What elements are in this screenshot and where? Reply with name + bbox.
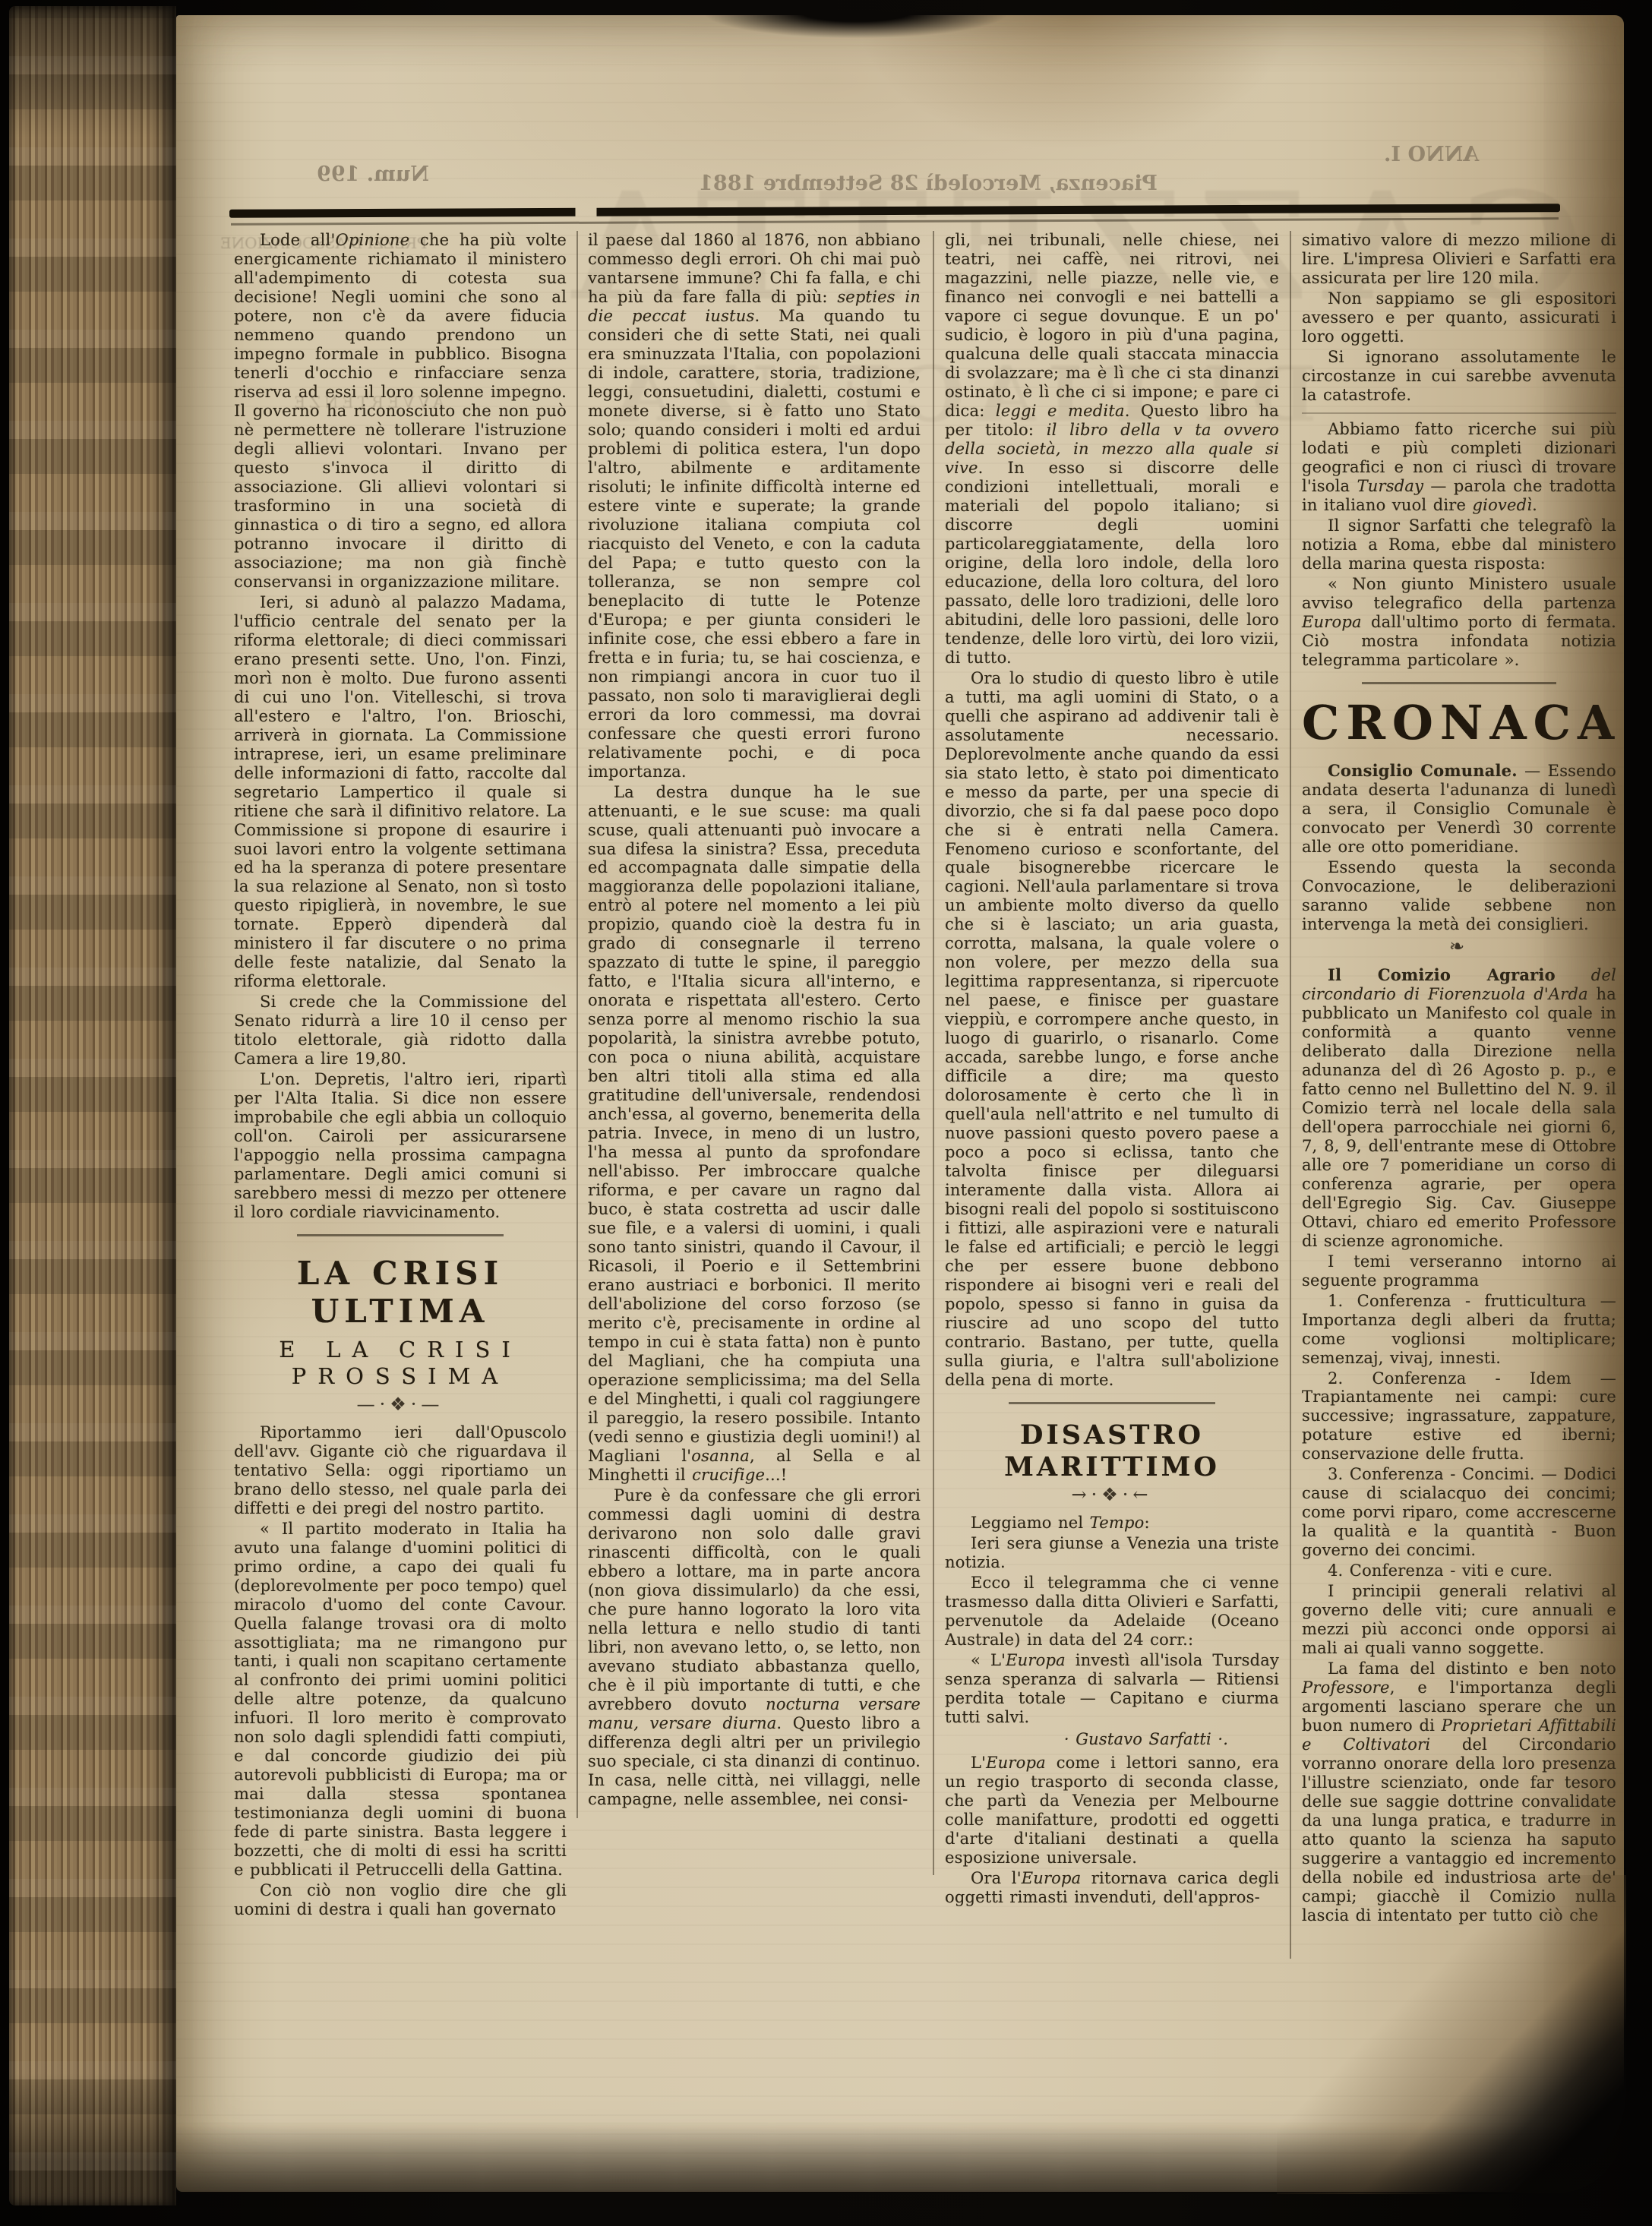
article-paragraph: Pure è da confessare che gli errori comm… (588, 1486, 921, 1809)
article-paragraph: il paese dal 1860 al 1876, non abbiano c… (588, 231, 921, 781)
article-title: LA CRISI ULTIMA (234, 1255, 567, 1331)
faint-divider-rule (1302, 412, 1616, 414)
section-heading: CRONACA (1302, 695, 1616, 751)
text-column-2: il paese dal 1860 al 1876, non abbiano c… (588, 231, 921, 1811)
article-paragraph: Si ignorano assolutamente le circostanze… (1302, 348, 1616, 405)
article-paragraph: La destra dunque ha le sue attenuanti, e… (588, 783, 921, 1485)
article-paragraph: Ieri, si adunò al palazzo Madama, l'uffi… (234, 593, 567, 992)
article-paragraph: Leggiamo nel Tempo: (945, 1514, 1279, 1533)
page-bottom-shadow (176, 2125, 1624, 2193)
news-item: I temi verseranno intorno ai seguente pr… (1302, 1252, 1616, 1290)
section-divider-rule (1362, 682, 1557, 684)
top-edge-tear (693, 12, 1019, 46)
article-paragraph: simativo valore di mezzo milione di lire… (1302, 231, 1616, 288)
article-paragraph: Il signor Sarfatti che telegrafò la noti… (1302, 516, 1616, 573)
column-divider-rule (576, 231, 578, 1818)
article-paragraph: Ecco il telegramma che ci venne trasmess… (945, 1574, 1279, 1650)
scanned-newspaper-page: Num. 199 Piacenza, Mercoledì 28 Settembr… (0, 0, 1652, 2226)
newspaper-page: Num. 199 Piacenza, Mercoledì 28 Settembr… (176, 15, 1624, 2192)
header-rule-thick (229, 204, 1560, 218)
telegram-signature: · Gustavo Sarfatti ·. (945, 1730, 1279, 1749)
showthrough-year-label: ANNO I. (1384, 143, 1479, 166)
text-column-3: gli, nei tribunali, nelle chiese, nei te… (945, 231, 1279, 1909)
ornament-divider: ❧ (1302, 936, 1616, 958)
telegram-text: « Non giunto Ministero usuale avviso tel… (1302, 575, 1616, 670)
ornament-divider: —·❖·— (234, 1394, 567, 1416)
article-paragraph: Lode all'Opinione che ha più volte energ… (234, 231, 567, 592)
column-divider-rule (933, 231, 934, 1875)
article-title: DISASTRO MARITTIMO (945, 1419, 1279, 1482)
telegram-text: « L'Europa investì all'isola Tursday sen… (945, 1651, 1279, 1727)
article-paragraph: Riportammo ieri dall'Opuscolo dell'avv. … (234, 1423, 567, 1518)
program-item: 3. Conferenza - Concimi. — Dodici cause … (1302, 1465, 1616, 1560)
article-paragraph: Non sappiamo se gli espositori avessero … (1302, 289, 1616, 346)
showthrough-dateline: Piacenza, Mercoledì 28 Settembre 1881 (556, 172, 1300, 195)
header-rule-thin (231, 217, 1559, 226)
news-item: I principii generali relativi al governo… (1302, 1582, 1616, 1658)
section-divider-rule (1009, 1402, 1216, 1404)
news-item: Essendo questa la seconda Convocazione, … (1302, 858, 1616, 934)
program-item: 1. Conferenza - frutticultura — Importan… (1302, 1292, 1616, 1368)
article-paragraph: L'Europa come i lettori sanno, era un re… (945, 1754, 1279, 1868)
article-paragraph: Ora l'Europa ritornava carica degli ogge… (945, 1869, 1279, 1907)
column-divider-rule (1290, 231, 1291, 1959)
text-column-4: simativo valore di mezzo milione di lire… (1302, 231, 1616, 1927)
program-item: 2. Conferenza - Idem — Trapiantamente ne… (1302, 1369, 1616, 1464)
article-paragraph: « Il partito moderato in Italia ha avuto… (234, 1520, 567, 1880)
article-paragraph: Abbiamo fatto ricerche sui più lodati e … (1302, 420, 1616, 515)
article-paragraph: Ora lo studio di questo libro è utile a … (945, 669, 1279, 1390)
program-item: 4. Conferenza - viti e cure. (1302, 1561, 1616, 1580)
article-paragraph: gli, nei tribunali, nelle chiese, nei te… (945, 231, 1279, 668)
text-column-1: Lode all'Opinione che ha più volte energ… (234, 231, 567, 1921)
showthrough-issue-number: Num. 199 (317, 163, 429, 186)
news-item: Consiglio Comunale. — Essendo andata des… (1302, 761, 1616, 857)
article-subtitle: E LA CRISI PROSSIMA (234, 1337, 567, 1389)
article-paragraph: Si crede che la Commissione del Senato r… (234, 993, 567, 1069)
ornament-divider: →·❖·← (945, 1484, 1279, 1506)
news-item: Il Comizio Agrario del circondario di Fi… (1302, 965, 1616, 1251)
section-divider-rule (297, 1234, 504, 1236)
article-paragraph: Ieri sera giunse a Venezia una triste no… (945, 1534, 1279, 1572)
article-paragraph: L'on. Depretis, l'altro ieri, ripartì pe… (234, 1070, 567, 1222)
article-paragraph: Con ciò non voglio dire che gli uomini d… (234, 1881, 567, 1919)
book-spine-page-edges (9, 6, 176, 2205)
